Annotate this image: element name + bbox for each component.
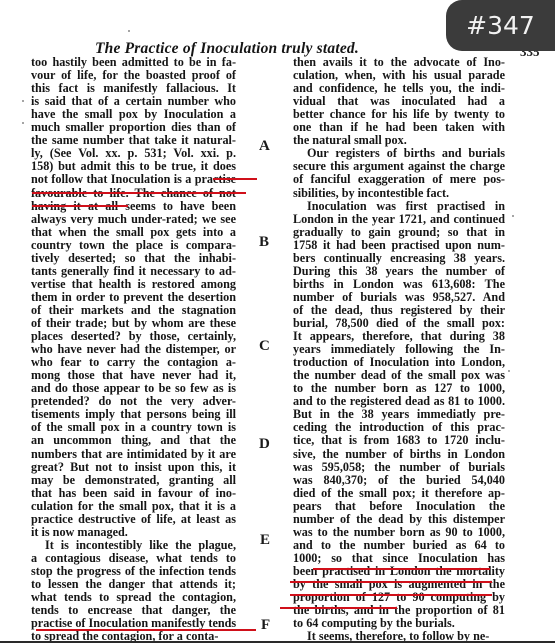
text-line: vidual that was inoculated had a [293,95,505,108]
text-line: always very much under-rated; we see [31,213,236,226]
text-line: of fanciful exaggeration of mere pos- [293,173,505,186]
text-line: But in the 38 years immediatly pre- [293,408,505,421]
item-number-badge: #347 [446,0,555,51]
text-line: vertise that health is restored among [31,278,236,291]
text-line: who have never had the distemper, or [31,343,236,356]
text-line: who fear to carry the contagion a- [31,356,236,369]
text-line: is said that of a certain number who [31,95,236,108]
text-line: by the small pox is augmented in the [293,578,505,591]
underline-annotation [32,192,246,194]
margin-letter-c: C [259,338,270,355]
text-line: ceding the introduction of this prac- [293,421,505,434]
text-line: then avails it to the advocate of Ino- [293,56,505,69]
underline-annotation [290,594,492,596]
text-line: of the small pox in a country town is [31,421,236,434]
text-line: that has been said in favour of ino- [31,487,236,500]
text-line: what tends to spread the contagion, [31,591,236,604]
underline-annotation [290,581,492,583]
underline-annotation [280,607,397,609]
text-line: It is incontestibly like the plague, [31,539,236,552]
text-line: During this 38 years the number of [293,265,505,278]
text-line: proportion of 127 to 90 computing by [293,591,505,604]
margin-letter-b: B [259,234,269,251]
text-line: vour of life, for the boasted proof of [31,69,236,82]
text-line: practice destructive of life, at least a… [31,513,236,526]
text-line: tisements imply that persons being ill [31,408,236,421]
text-line: the same number that take it natural- [31,134,236,147]
text-line: much smaller proportion dies than of [31,121,236,134]
text-line: better chance for his life by twenty to [293,108,505,121]
text-line: and to the number buried as 64 to [293,539,505,552]
text-line: pretended? do not the very adver- [31,395,236,408]
text-line: culation for the small pox, that it is a [31,500,236,513]
margin-letter-e: E [260,532,270,549]
text-line: years immediately following the In- [293,343,505,356]
text-line: a contagious disease, what tends to [31,552,236,565]
text-line: of their markets and the stagnation [31,304,236,317]
text-line: this fact is manifestly fallacious. It [31,82,236,95]
text-line: numbers that are intimidated by it are [31,448,236,461]
text-line: country town the place is compara- [31,239,236,252]
text-line: tends to encrease that danger, the [31,604,236,617]
text-line: one than if he had been taken with [293,121,505,134]
text-line: tively deserted; so that the inhabi- [31,252,236,265]
text-line: was 595,058; the number of burials [293,461,505,474]
text-line: 1000; so that since Inoculation has [293,552,505,565]
text-line: the natural small pox. [293,134,505,147]
text-line: burial, 78,500 died of the small pox: [293,317,505,330]
text-line: 1758 it had been practised upon num- [293,239,505,252]
text-line: 158) but admit this to be true, it does [31,160,236,173]
text-line: tice, that is from 1683 to 1720 inclu- [293,434,505,447]
text-line: It appears, therefore, that during 38 [293,330,505,343]
underline-annotation [36,629,256,631]
text-line: may be demonstrated, granting all [31,474,236,487]
underline-annotation [213,178,257,180]
text-line: to 64 computing by the burials. [293,617,505,630]
text-line: been practised in London the mortality [293,565,505,578]
text-line: died of the small pox; it therefore ap- [293,487,505,500]
text-line: to lessen the danger that attends it; [31,578,236,591]
text-line: secure this argument against the charge [293,160,505,173]
text-line: sibilities, by incontestible fact. [293,187,505,200]
text-line: an uncommon thing, and that the [31,434,236,447]
underline-annotation [32,205,128,207]
text-line: number of the dead by this distemper [293,513,505,526]
text-line: was to the number born as 90 to 1000, [293,526,505,539]
text-line: the number dead of the small pox was [293,369,505,382]
text-line: not follow that Inoculation is a practis… [31,173,236,186]
text-line: them in order to prevent the desertion [31,291,236,304]
text-line: Inoculation was first practised in [293,200,505,213]
text-line: of their trade; but by whom are these [31,317,236,330]
text-line: places deserted? by those, certainly, [31,330,236,343]
margin-letter-f: F [261,617,270,634]
text-line: troduction of Inoculation into London, [293,356,505,369]
margin-letter-d: D [259,436,270,453]
text-line: ly, (See Vol. xx. p. 531; Vol. xxi. p. [31,147,236,160]
text-line: stop the progress of the infection tends [31,565,236,578]
text-line: that when the small pox gets into a [31,226,236,239]
text-line: it is now managed. [31,526,236,539]
margin-letter-a: A [259,138,270,155]
text-line: to the number born as 127 to 1000, [293,382,505,395]
text-line: and to the registered dead as 81 to 1000… [293,395,505,408]
text-line: London in the year 1721, and continued [293,213,505,226]
text-line: have the small pox by Inoculation a [31,108,236,121]
underline-annotation [313,568,490,570]
text-line: and confidence, he tells you, the indi- [293,82,505,95]
text-line: mong those that have never had it, [31,369,236,382]
text-line: great? But not to insist upon this, it [31,461,236,474]
text-line: tants generally find it necessary to ad- [31,265,236,278]
text-line: and do those appear to be so few as is [31,382,236,395]
text-line: was 840,370; of the buried 54,040 [293,474,505,487]
scanned-page: The Practice of Inoculation truly stated… [0,0,555,643]
text-line: bers continually encreasing 38 years. [293,252,505,265]
text-line: of the dead, thus registered by their [293,304,505,317]
text-line: pears that before Inoculation the [293,500,505,513]
text-line: culation, when, with his usual parade [293,69,505,82]
text-line: Our registers of births and burials [293,147,505,160]
text-line: number of burials was 958,527. And [293,291,505,304]
text-line: births in London was 613,608: The [293,278,505,291]
text-line: gradually to gain ground; so that in [293,226,505,239]
text-line: sive, the number of births in London [293,448,505,461]
text-line: too hastily been admitted to be in fa- [31,56,236,69]
